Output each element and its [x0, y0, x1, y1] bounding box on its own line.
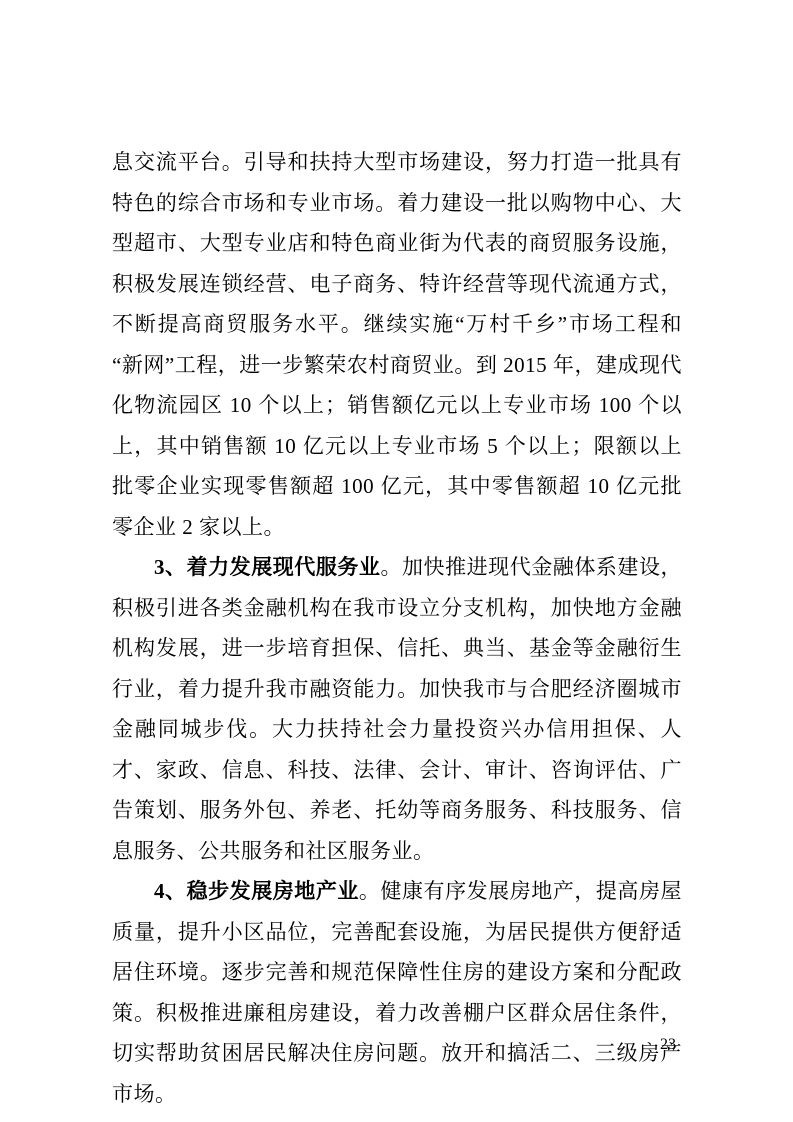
paragraph-text: 。加快推进现代金融体系建设，积极引进各类金融机构在我市设立分支机构，加快地方金融… — [112, 555, 682, 863]
paragraph-item-3: 3、着力发展现代服务业。加快推进现代金融体系建设，积极引进各类金融机构在我市设立… — [112, 547, 682, 871]
paragraph-heading: 3、着力发展现代服务业 — [154, 555, 380, 579]
paragraph-text: 。健康有序发展房地产，提高房屋质量，提升小区品位，完善配套设施，为居民提供方便舒… — [112, 879, 682, 1106]
page-number: 23 — [648, 1034, 688, 1056]
document-body: 息交流平台。引导和扶持大型市场建设，努力打造一批具有特色的综合市场和专业市场。着… — [112, 142, 682, 1114]
paragraph-item-4: 4、稳步发展房地产业。健康有序发展房地产，提高房屋质量，提升小区品位，完善配套设… — [112, 871, 682, 1114]
paragraph-heading: 4、稳步发展房地产业 — [154, 879, 359, 903]
paragraph-continuation: 息交流平台。引导和扶持大型市场建设，努力打造一批具有特色的综合市场和专业市场。着… — [112, 142, 682, 547]
document-page: 息交流平台。引导和扶持大型市场建设，努力打造一批具有特色的综合市场和专业市场。着… — [0, 0, 793, 1122]
paragraph-text: 息交流平台。引导和扶持大型市场建设，努力打造一批具有特色的综合市场和专业市场。着… — [112, 150, 682, 539]
